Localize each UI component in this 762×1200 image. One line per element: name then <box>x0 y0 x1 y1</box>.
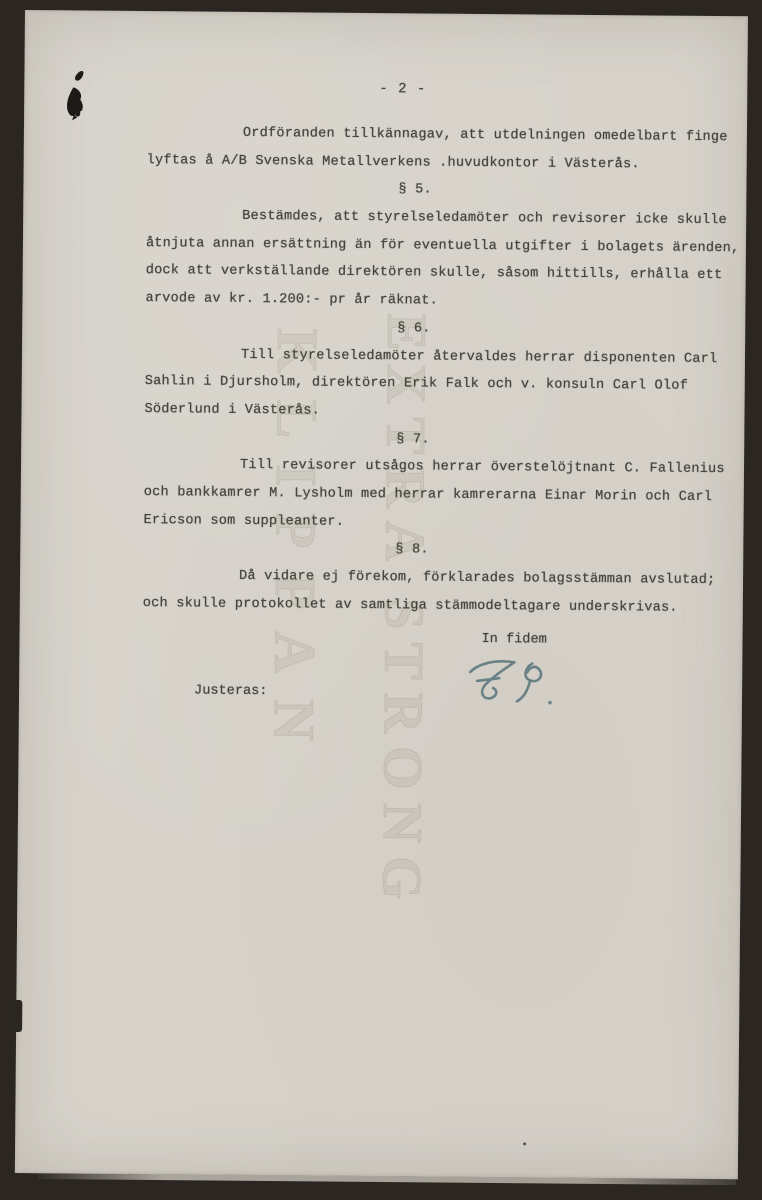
paper-edge-notch <box>14 1000 22 1032</box>
document-line: Ericson som suppleanter. <box>143 507 735 540</box>
ink-blot <box>62 70 92 120</box>
dust-speck <box>523 1142 526 1145</box>
justeras-label: Justeras: <box>194 684 268 700</box>
document-line: lyftas å A/B Svenska Metallverkens .huvu… <box>147 147 739 180</box>
paper-sheet: KLIPPAN EXTRA STRONG - 2 - Ordföranden t… <box>15 10 748 1179</box>
signature-initials <box>462 650 573 717</box>
scanned-document-page: { "colors":{ "bg":"#2b2622", "paper":"#d… <box>0 0 762 1200</box>
document-line: Söderlund i Västerås. <box>144 396 736 429</box>
in-fidem-label: In fidem <box>481 632 546 648</box>
document-body: Ordföranden tillkännagav, att utdelninge… <box>143 119 739 623</box>
document-line: och skulle protokollet av samtliga stämm… <box>143 590 735 623</box>
document-line: arvode av kr. 1.200:- pr år räknat. <box>145 285 737 318</box>
page-number: - 2 - <box>379 81 426 97</box>
